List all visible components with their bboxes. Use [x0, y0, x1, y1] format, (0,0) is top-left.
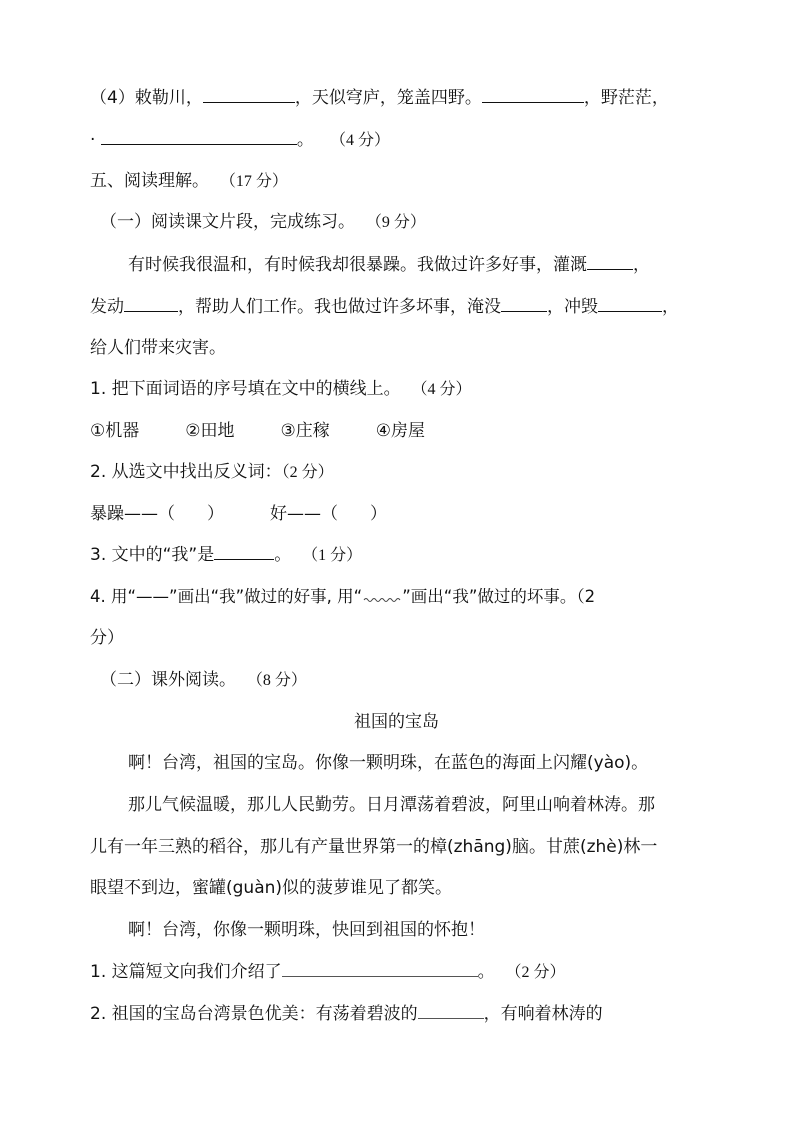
- part-1-heading: （一）阅读课文片段，完成练习。 （9 分）: [100, 211, 720, 234]
- answer-blank[interactable]: [418, 1002, 484, 1019]
- answer-blank[interactable]: [482, 86, 584, 103]
- article-title: 祖国的宝岛: [0, 711, 793, 733]
- antonym-2: 好——（: [270, 504, 338, 524]
- article-paragraph-1: 啊！台湾，祖国的宝岛。你像一颗明珠，在蓝色的海面上闪耀(yào)。: [128, 752, 710, 774]
- score-label: （8 分）: [247, 672, 307, 689]
- answer-blank[interactable]: [587, 253, 633, 270]
- question-2: 2. 从选文中找出反义词：（2 分）: [90, 461, 710, 484]
- question-1: 1. 把下面词语的序号填在文中的横线上。 （4 分）: [90, 378, 710, 401]
- score-label: （17 分）: [220, 173, 288, 190]
- passage-line-1: 有时候我很温和，有时候我却很暴躁。我做过许多好事，灌溉，: [128, 253, 710, 276]
- score-label: （2 分）: [505, 964, 565, 981]
- q4-label: （4）: [90, 88, 135, 108]
- antonym-row: 暴躁——（）好——（）: [90, 503, 710, 525]
- option-4: ④房屋: [376, 421, 425, 441]
- answer-blank[interactable]: [124, 295, 178, 312]
- passage-line-3: 给人们带来灾害。: [90, 337, 710, 359]
- answer-blank[interactable]: [203, 86, 295, 103]
- score-label: （2 分）: [282, 464, 334, 481]
- article-paragraph-2-line-2: 儿有一年三熟的稻谷，那儿有产量世界第一的樟(zhāng)脑。甘蔗(zhè)林一: [90, 836, 710, 858]
- answer-blank[interactable]: [101, 128, 297, 145]
- answer-blank[interactable]: [282, 960, 478, 977]
- section-5-heading: 五、阅读理解。 （17 分）: [90, 170, 710, 193]
- part-2-heading: （二）课外阅读。 （8 分）: [100, 669, 720, 692]
- option-3: ③庄稼: [281, 421, 330, 441]
- question-3: 3. 文中的“我”是。 （1 分）: [90, 543, 710, 567]
- answer-blank[interactable]: [214, 543, 274, 560]
- question-4-poem: （4）敕勒川，，天似穹庐，笼盖四野。，野茫茫，: [90, 86, 710, 109]
- score-label: （1 分）: [302, 547, 362, 564]
- question-4: 4. 用“——”画出“我”做过的好事, 用“”画出“我”做过的坏事。（2: [90, 586, 710, 608]
- article-paragraph-2-line-3: 眼望不到边，蜜罐(guàn)似的菠萝谁见了都笑。: [90, 877, 710, 899]
- option-2: ②田地: [185, 421, 234, 441]
- option-1: ①机器: [90, 421, 139, 441]
- score-label: （9 分）: [366, 214, 426, 231]
- wavy-underline-icon: [362, 590, 402, 602]
- score-label: （4 分）: [411, 381, 471, 398]
- question-4-cont: 分）: [90, 627, 710, 649]
- question-4-poem-cont: · 。 （4 分）: [90, 128, 710, 152]
- score-label: （4 分）: [330, 132, 390, 149]
- passage-line-2: 发动，帮助人们工作。我也做过许多坏事，淹没，冲毁，: [90, 295, 710, 318]
- answer-blank[interactable]: [501, 295, 547, 312]
- part-2-question-2: 2. 祖国的宝岛台湾景色优美：有荡着碧波的，有响着林涛的: [90, 1002, 710, 1025]
- antonym-1: 暴躁——（: [90, 504, 175, 524]
- article-paragraph-2-line-1: 那儿气候温暖，那儿人民勤劳。日月潭荡着碧波，阿里山响着林涛。那: [128, 794, 710, 816]
- word-options: ①机器②田地③庄稼④房屋: [90, 420, 710, 442]
- article-paragraph-3: 啊！台湾，你像一颗明珠，快回到祖国的怀抱！: [128, 919, 710, 941]
- part-2-question-1: 1. 这篇短文向我们介绍了。 （2 分）: [90, 960, 710, 984]
- answer-blank[interactable]: [598, 295, 662, 312]
